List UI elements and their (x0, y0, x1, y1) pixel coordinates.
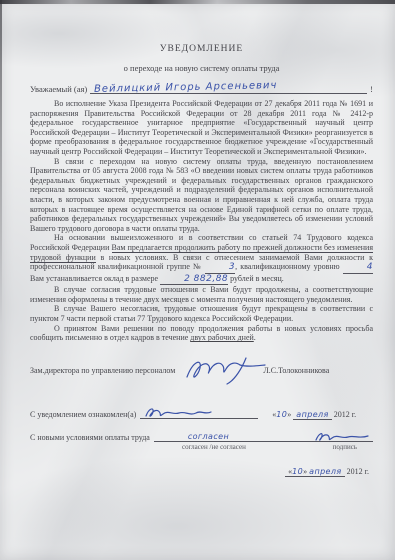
employee-signature-icon (142, 406, 214, 420)
consent-sub-labels: согласен /не согласен подпись (30, 443, 373, 451)
recipient-name-field: Вейлицкий Игорь Арсеньевич (90, 82, 367, 94)
salary-field: 2 882,88 (160, 274, 228, 286)
offer-tail: рублей в месяц. (228, 274, 284, 283)
paragraph-offer: На основании вышеизложенного и в соответ… (30, 233, 373, 285)
paragraph-disagreement: В случае Вашего несогласия, трудовые отн… (30, 304, 373, 323)
greeting-punctuation: ! (370, 84, 373, 94)
qualification-level-field: 4 (343, 262, 373, 274)
consent-signature-icon (313, 431, 371, 444)
greeting-label: Уважаемый (ая) (30, 84, 87, 94)
bottom-day-handwritten: 10 (292, 467, 303, 476)
consent-field: согласен (154, 429, 373, 442)
acknowledgment-date: «10» апреля 2012 г. (272, 410, 356, 419)
bottom-month-handwritten: апреля (309, 467, 341, 476)
document-page: УВЕДОМЛЕНИЕ о переходе на новую систему … (0, 0, 395, 560)
quote-close: » (303, 467, 307, 476)
salary-value: 2 882,88 (184, 274, 228, 284)
offer-mid3: Вам устанавливается оклад в размере (30, 274, 160, 283)
document-title: УВЕДОМЛЕНИЕ (30, 44, 373, 54)
qualification-group-field: 3 (205, 262, 235, 274)
director-signature-icon (179, 356, 271, 386)
ack-month-handwritten: апреля (296, 410, 328, 419)
consent-value-handwritten: согласен (188, 432, 229, 441)
acknowledgment-label: С уведомлением ознакомлен(а) (30, 410, 136, 419)
greeting-line: Уважаемый (ая) Вейлицкий Игорь Арсеньеви… (30, 82, 373, 94)
pay-terms-consent-row: С новыми условиями оплаты труда согласен (30, 429, 373, 442)
deadline-underlined: двух рабочих дней (190, 333, 253, 342)
director-position-label: Зам.директора по управлению персоналом (30, 366, 175, 375)
paragraph-agreement: В случае согласия трудовые отношения с В… (30, 285, 373, 304)
paragraph-new-pay-system: В связи с переходом на новую систему опл… (30, 157, 373, 234)
ack-day-handwritten: 10 (276, 410, 287, 419)
agree-disagree-label: согласен /не согласен (182, 443, 246, 451)
bottom-date-row: «10» апреля 2012 г. (30, 467, 373, 476)
recipient-name-handwritten: Вейлицкий Игорь Арсеньевич (94, 82, 278, 94)
quote-close: » (287, 410, 291, 419)
paragraph-deadline: О принятом Вами решении по поводу продол… (30, 324, 373, 343)
qualification-level-value: 4 (367, 262, 373, 272)
pay-terms-label: С новыми условиями оплаты труда (30, 433, 150, 442)
ack-year: 2012 г. (334, 410, 356, 419)
bottom-year: 2012 г. (347, 467, 369, 476)
paragraph-decree: Во исполнение Указа Президента Российско… (30, 99, 373, 157)
scanned-document: УВЕДОМЛЕНИЕ о переходе на новую систему … (0, 0, 395, 560)
deadline-tail: . (254, 333, 256, 342)
acknowledgment-signature-field (140, 406, 258, 419)
director-signature-row: Зам.директора по управлению персоналом Л… (30, 356, 373, 386)
acknowledgment-row: С уведомлением ознакомлен(а) «10» апреля… (30, 406, 373, 419)
offer-mid2: , квалификационному уровню (235, 262, 343, 271)
document-subtitle: о переходе на новую систему оплаты труда (30, 63, 373, 73)
signature-caption-label: подпись (333, 443, 357, 451)
director-name: Л.С.Толоконникова (263, 366, 329, 375)
